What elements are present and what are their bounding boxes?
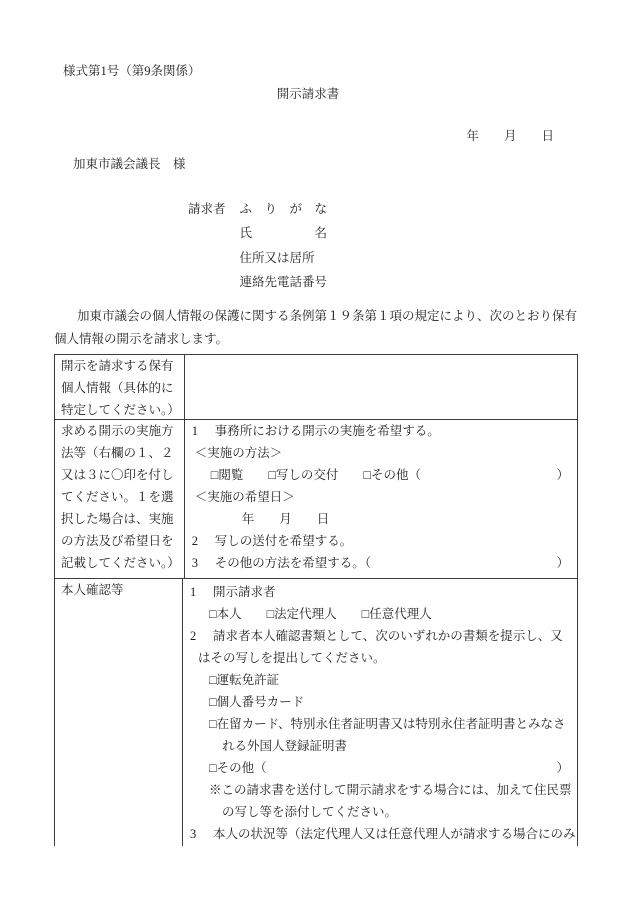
requester-fields: ふ り が な 氏 名 住所又は居所 連絡先電話番号 [240,197,328,294]
table-row-requested-info: 開示を請求する保有 個人情報（具体的に 特定してください。） [55,355,577,420]
method-options-line: □閲覧 □写しの交付 □その他（ ） [211,464,577,486]
method-heading: ＜実施の方法＞ [195,442,577,464]
doc-option-residence-card-continued: れる外国人登録証明書 [222,735,577,757]
option-view: □閲覧 [211,464,244,486]
option-copy: □写しの交付 [268,464,338,486]
requester-type-options-line: □本人 □法定代理人 □任意代理人 [209,603,577,625]
row-header-identity-verification: 本人確認等 [55,579,183,846]
option-label: その他（ [371,468,421,482]
option-label: 運転免許証 [217,673,280,687]
row-header-line: 又は３に〇印を付し [61,464,180,486]
intro-line-2: 個人情報の開示を請求します。 [54,328,630,351]
checkbox-icon: □ [267,607,275,621]
furigana-field-label: ふ り が な [240,197,328,221]
method-options: □閲覧 □写しの交付 □その他（ [211,464,421,486]
request-table: 開示を請求する保有 個人情報（具体的に 特定してください。） 求める開示の実施方… [54,354,578,846]
requester-type-options: □本人 □法定代理人 □任意代理人 [209,603,432,625]
item-number: 3 [192,552,215,574]
item-text: 写しの送付を希望する。 [215,530,353,552]
checkbox-icon: □ [268,468,276,482]
date-line: 年 月 日 [0,125,630,147]
doc-option-drivers-license: □運転免許証 [209,669,577,691]
method-item-1: 1事務所における開示の実施を希望する。 [192,420,577,442]
identity-item-1: 1開示請求者 [190,581,577,603]
item-text: 本人の状況等（法定代理人又は任意代理人が請求する場合にのみ [213,823,576,845]
checkbox-icon: □ [209,757,217,779]
item-number: 2 [192,530,215,552]
option-label: 在留カード、特別永住者証明書又は特別永住者証明書とみなさ [217,717,566,731]
option-other: □その他（ [363,464,421,486]
row-header-line: 択した場合は、実施 [61,508,180,530]
item-text: その他の方法を希望する。（ [215,552,371,574]
row-header-line: 法等（右欄の１、２ [61,442,180,464]
row-header-line: 記載してください。） [61,552,180,574]
item-text: 事務所における開示の実施を希望する。 [215,420,440,442]
row-header-disclosure-method: 求める開示の実施方 法等（右欄の１、２ 又は３に〇印を付し てください。１を選 … [55,420,185,578]
item-text: 開示請求者 [213,581,276,603]
row-header-line: 特定してください。） [61,399,180,420]
item-number: 3 [190,823,213,845]
desired-date-line: 年 月 日 [242,508,577,530]
desired-date-heading: ＜実施の希望日＞ [195,486,577,508]
doc-option-residence-card: □在留カード、特別永住者証明書又は特別永住者証明書とみなさ [209,713,577,735]
closing-paren: ） [556,552,569,574]
option-label: 個人番号カード [217,695,305,709]
checkbox-icon: □ [209,695,217,709]
row-header-line: 開示を請求する保有 [61,355,180,377]
method-item-2: 2写しの送付を希望する。 [192,530,577,552]
doc-option-my-number-card: □個人番号カード [209,691,577,713]
option-label: 閲覧 [218,468,243,482]
identity-verification-cell: 1開示請求者 □本人 □法定代理人 □任意代理人 2請求者本人確認書類として、次… [183,579,577,846]
document-page: 様式第1号（第9条関係） 開示請求書 年 月 日 加東市議会議長 様 請求者 ふ… [0,0,630,903]
option-label: 本人 [217,607,242,621]
mail-request-note-continued: の写し等を添付してください。 [222,801,577,823]
item-left: 3その他の方法を希望する。（ [192,552,371,574]
checkbox-icon: □ [209,607,217,621]
row-header-line: 個人情報（具体的に [61,377,180,399]
item-text: 請求者本人確認書類として、次のいずれかの書類を提示し、又 [213,625,563,647]
requested-info-value-cell [185,355,577,419]
requester-block: 請求者 ふ り が な 氏 名 住所又は居所 連絡先電話番号 [188,197,630,294]
option-label: その他（ [217,757,267,779]
table-row-disclosure-method: 求める開示の実施方 法等（右欄の１、２ 又は３に〇印を付し てください。１を選 … [55,420,577,579]
identity-item-3: 3本人の状況等（法定代理人又は任意代理人が請求する場合にのみ [190,823,577,845]
option-left: □その他（ [209,757,267,779]
option-voluntary-representative: □任意代理人 [362,603,432,625]
row-header-line: の方法及び希望日を [61,530,180,552]
option-label: 写しの交付 [276,468,339,482]
mail-request-note: ※この請求書を送付して開示請求をする場合には、加えて住民票 [209,779,577,801]
phone-field-label: 連絡先電話番号 [240,270,328,294]
checkbox-icon: □ [363,468,371,482]
form-title: 開示請求書 [0,83,630,105]
row-header-line: てください。１を選 [61,486,180,508]
name-field-label: 氏 名 [240,221,328,245]
disclosure-method-cell: 1事務所における開示の実施を希望する。 ＜実施の方法＞ □閲覧 □写しの交付 □… [185,420,577,578]
intro-paragraph: 加東市議会の個人情報の保護に関する条例第１９条第１項の規定により、次のとおり保有… [54,305,630,351]
checkbox-icon: □ [209,717,217,731]
item-number: 1 [190,581,213,603]
row-header-line: 求める開示の実施方 [61,420,180,442]
requester-label: 請求者 [188,197,226,294]
option-label: 任意代理人 [369,607,432,621]
table-row-identity-verification: 本人確認等 1開示請求者 □本人 □法定代理人 □任意代理人 2請求者本人確認書… [55,579,577,846]
form-number: 様式第1号（第9条関係） [63,0,630,82]
checkbox-icon: □ [209,673,217,687]
identity-item-2: 2請求者本人確認書類として、次のいずれかの書類を提示し、又 [190,625,577,647]
intro-line-1: 加東市議会の個人情報の保護に関する条例第１９条第１項の規定により、次のとおり保有 [54,305,630,328]
closing-paren: ） [556,464,569,486]
doc-option-other-line: □その他（ ） [209,757,577,779]
item-number: 1 [192,420,215,442]
option-label: 法定代理人 [274,607,337,621]
item-number: 2 [190,625,213,647]
row-header-requested-info: 開示を請求する保有 個人情報（具体的に 特定してください。） [55,355,185,419]
identity-item-2-continued: はその写しを提出してください。 [198,647,577,669]
address-field-label: 住所又は居所 [240,246,328,270]
option-legal-representative: □法定代理人 [267,603,337,625]
addressee: 加東市議会議長 様 [73,153,630,175]
closing-paren: ） [556,757,569,779]
option-self: □本人 [209,603,242,625]
row-header-line: 本人確認等 [61,579,178,601]
method-item-3: 3その他の方法を希望する。（ ） [192,552,577,574]
